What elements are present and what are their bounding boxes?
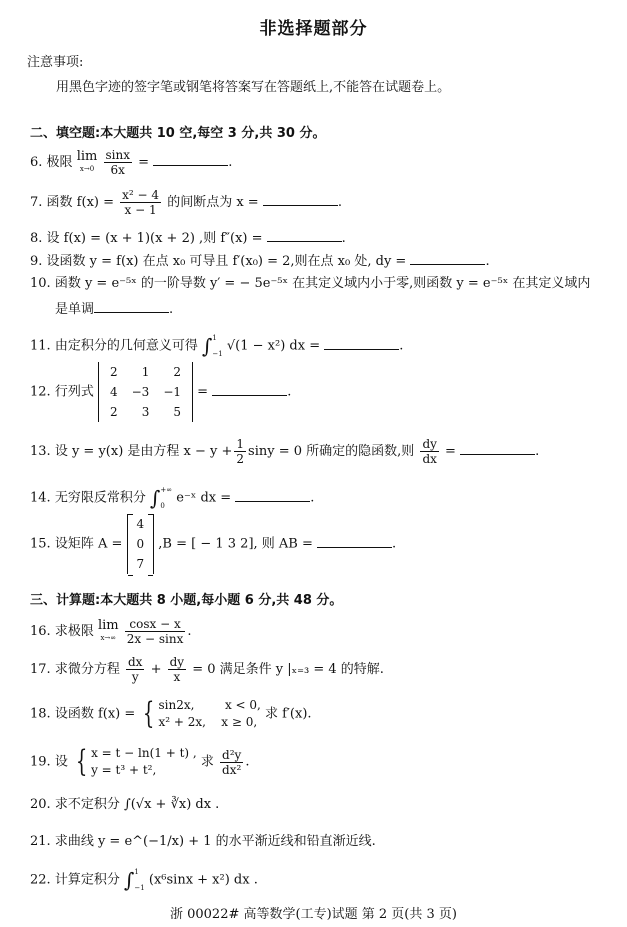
question-22: 22. 计算定积分 ∫1−1 (x⁶sinx + x²) dx . xyxy=(30,864,258,896)
question-text: 设函数 y = f(x) 在点 x₀ 可导且 f′(x₀) = 2,则在点 x₀… xyxy=(47,254,407,269)
case-1: sin2x, x < 0, xyxy=(159,697,261,714)
question-10: 10. 函数 y = e⁻⁵ˣ 的一阶导数 y′ = − 5e⁻⁵ˣ 在其定义域… xyxy=(30,276,590,292)
question-number: 20. xyxy=(30,797,51,812)
answer-blank xyxy=(235,489,310,502)
question-text: 求 f′(x). xyxy=(265,707,312,722)
question-text: 求 xyxy=(201,755,214,770)
denominator: 6x xyxy=(104,163,133,177)
question-number: 6. xyxy=(30,155,42,170)
question-text: 设 y = y(x) 是由方程 x − y + xyxy=(55,444,233,459)
determinant: 212 4−3−1 235 xyxy=(98,362,193,422)
integral-sign: ∫ xyxy=(150,486,160,510)
question-text: siny = 0 所确定的隐函数,则 xyxy=(248,444,414,459)
limit: limx→∞ xyxy=(98,620,119,644)
limit-sub: x→0 xyxy=(77,163,98,175)
question-text: 设 xyxy=(55,755,68,770)
lower-limit: −1 xyxy=(134,880,144,896)
question-text: 行列式 xyxy=(55,385,94,400)
det-cell: 1 xyxy=(125,362,157,382)
page-title: 非选择题部分 xyxy=(0,14,627,39)
det-cell: 3 xyxy=(125,402,157,422)
question-number: 7. xyxy=(30,195,42,210)
fraction: cosx − x2x − sinx xyxy=(125,617,186,646)
question-18: 18. 设函数 f(x) = {sin2x, x < 0,x² + 2x, x … xyxy=(30,697,312,731)
question-text: 是单调 xyxy=(55,302,94,317)
notice-heading: 注意事项: xyxy=(27,55,83,71)
parametric-cases: x = t − ln(1 + t) ,y = t³ + t², xyxy=(91,745,197,779)
left-brace: { xyxy=(76,747,87,777)
case-2: y = t³ + t², xyxy=(91,762,197,779)
question-text: 的间断点为 x = xyxy=(167,195,259,210)
numerator: dy xyxy=(168,655,186,670)
matrix-cell: 4 xyxy=(130,514,152,534)
answer-blank xyxy=(94,300,169,313)
question-text: ,B = [ − 1 3 2], 则 AB = xyxy=(158,537,313,552)
numerator: d²y xyxy=(220,748,243,763)
numerator: x² − 4 xyxy=(120,188,161,203)
question-text: . xyxy=(187,624,191,639)
denominator: dx² xyxy=(220,763,243,777)
question-number: 12. xyxy=(30,385,51,400)
numerator: sinx xyxy=(104,148,133,163)
lower-limit: −1 xyxy=(212,346,222,362)
question-text: 设矩阵 A = xyxy=(55,537,123,552)
answer-blank xyxy=(212,383,287,396)
upper-limit: +∞ xyxy=(160,482,172,498)
question-number: 13. xyxy=(30,444,51,459)
section3-heading: 三、计算题:本大题共 8 小题,每小题 6 分,共 48 分。 xyxy=(30,589,342,608)
question-text: 设函数 f(x) = xyxy=(55,707,135,722)
page-footer: 浙 00022# 高等数学(工专)试题 第 2 页(共 3 页) xyxy=(0,903,627,922)
question-text: 求不定积分 ∫(√x + ∛x) dx . xyxy=(55,797,220,812)
answer-blank xyxy=(267,229,342,242)
numerator: cosx − x xyxy=(125,617,186,632)
question-11: 11. 由定积分的几何意义可得 ∫1−1 √(1 − x²) dx = . xyxy=(30,330,403,362)
det-cell: 2 xyxy=(103,362,125,382)
piecewise-cases: sin2x, x < 0,x² + 2x, x ≥ 0, xyxy=(159,697,261,731)
question-7: 7. 函数 f(x) = x² − 4x − 1 的间断点为 x = . xyxy=(30,188,342,217)
question-number: 18. xyxy=(30,707,51,722)
question-16: 16. 求极限 limx→∞ cosx − x2x − sinx. xyxy=(30,617,192,646)
limit-sub: x→∞ xyxy=(98,632,119,644)
case-1: x = t − ln(1 + t) , xyxy=(91,745,197,762)
numerator: dx xyxy=(126,655,144,670)
question-text: = 0 满足条件 y |ₓ₌₃ = 4 的特解. xyxy=(192,662,384,677)
case-2: x² + 2x, x ≥ 0, xyxy=(159,714,261,731)
fraction: dyx xyxy=(168,655,186,684)
question-number: 11. xyxy=(30,339,51,354)
denominator: y xyxy=(126,670,144,684)
integral-sign: ∫ xyxy=(202,334,212,358)
question-20: 20. 求不定积分 ∫(√x + ∛x) dx . xyxy=(30,797,219,813)
det-cell: 5 xyxy=(156,402,188,422)
question-number: 10. xyxy=(30,276,51,291)
det-cell: −1 xyxy=(156,382,188,402)
integral-limits: 1−1 xyxy=(134,864,144,896)
question-text: 函数 f(x) = xyxy=(47,195,114,210)
question-number: 21. xyxy=(30,834,51,849)
question-text: = xyxy=(138,155,149,170)
integrand: e⁻ˣ dx = xyxy=(176,491,231,506)
limit: limx→0 xyxy=(77,151,98,175)
matrix-a: 4 0 7 xyxy=(127,514,155,574)
question-12: 12. 行列式 212 4−3−1 235 = . xyxy=(30,362,291,422)
answer-blank xyxy=(153,153,228,166)
question-number: 22. xyxy=(30,873,51,888)
fraction: 12 xyxy=(234,437,246,466)
question-text: 计算定积分 xyxy=(55,873,120,888)
det-cell: 2 xyxy=(103,402,125,422)
denominator: 2x − sinx xyxy=(125,632,186,646)
question-13: 13. 设 y = y(x) 是由方程 x − y +12siny = 0 所确… xyxy=(30,437,539,466)
question-number: 19. xyxy=(30,755,51,770)
fraction: dxy xyxy=(126,655,144,684)
upper-limit: 1 xyxy=(134,864,144,880)
answer-blank xyxy=(317,535,392,548)
question-text: . xyxy=(245,755,249,770)
integrand: (x⁶sinx + x²) dx . xyxy=(149,873,258,888)
question-19: 19. 设 {x = t − ln(1 + t) ,y = t³ + t², 求… xyxy=(30,745,249,779)
operator: + xyxy=(151,662,162,677)
question-text: 求极限 xyxy=(55,624,94,639)
question-21: 21. 求曲线 y = e^(−1/x) + 1 的水平渐近线和铅直渐近线. xyxy=(30,834,376,850)
question-6: 6. 极限 limx→0 sinx6x = . xyxy=(30,148,232,177)
question-text: 求曲线 y = e^(−1/x) + 1 的水平渐近线和铅直渐近线. xyxy=(55,834,376,849)
question-10-line2: 是单调. xyxy=(55,300,173,318)
integrand: √(1 − x²) dx = xyxy=(227,339,320,354)
denominator: x xyxy=(168,670,186,684)
question-15: 15. 设矩阵 A = 4 0 7 ,B = [ − 1 3 2], 则 AB … xyxy=(30,514,396,574)
fraction: d²ydx² xyxy=(220,748,243,777)
denominator: 2 xyxy=(234,452,246,466)
question-17: 17. 求微分方程 dxy + dyx = 0 满足条件 y |ₓ₌₃ = 4 … xyxy=(30,655,384,684)
question-number: 14. xyxy=(30,491,51,506)
matrix-cell: 7 xyxy=(130,554,152,574)
question-text: 设 f(x) = (x + 1)(x + 2) ,则 f″(x) = xyxy=(47,231,263,246)
question-number: 16. xyxy=(30,624,51,639)
upper-limit: 1 xyxy=(212,330,222,346)
lower-limit: 0 xyxy=(160,498,172,514)
left-brace: { xyxy=(143,699,154,729)
question-text: 无穷限反常积分 xyxy=(55,491,146,506)
det-cell: 4 xyxy=(103,382,125,402)
matrix-cell: 0 xyxy=(130,534,152,554)
question-9: 9. 设函数 y = f(x) 在点 x₀ 可导且 f′(x₀) = 2,则在点… xyxy=(30,252,490,270)
question-text: = xyxy=(445,444,456,459)
question-text: = xyxy=(197,385,208,400)
question-text: 函数 y = e⁻⁵ˣ 的一阶导数 y′ = − 5e⁻⁵ˣ 在其定义域内小于零… xyxy=(55,276,591,291)
answer-blank xyxy=(460,442,535,455)
question-number: 8. xyxy=(30,231,42,246)
question-text: 极限 xyxy=(47,155,73,170)
question-number: 15. xyxy=(30,537,51,552)
det-cell: −3 xyxy=(125,382,157,402)
notice-text: 用黑色字迹的签字笔或钢笔将答案写在答题纸上,不能答在试题卷上。 xyxy=(56,80,450,96)
question-8: 8. 设 f(x) = (x + 1)(x + 2) ,则 f″(x) = . xyxy=(30,229,346,247)
question-text: 由定积分的几何意义可得 xyxy=(55,339,198,354)
answer-blank xyxy=(410,252,485,265)
fraction: x² − 4x − 1 xyxy=(120,188,161,217)
integral-limits: 1−1 xyxy=(212,330,222,362)
fraction: dydx xyxy=(420,437,438,466)
numerator: dy xyxy=(420,437,438,452)
integral-sign: ∫ xyxy=(124,868,134,892)
question-text: 求微分方程 xyxy=(55,662,120,677)
answer-blank xyxy=(263,193,338,206)
section2-heading: 二、填空题:本大题共 10 空,每空 3 分,共 30 分。 xyxy=(30,122,325,141)
answer-blank xyxy=(324,337,399,350)
integral-limits: +∞0 xyxy=(160,482,172,514)
question-14: 14. 无穷限反常积分 ∫+∞0 e⁻ˣ dx = . xyxy=(30,482,314,514)
fraction: sinx6x xyxy=(104,148,133,177)
question-number: 9. xyxy=(30,254,42,269)
det-cell: 2 xyxy=(156,362,188,382)
denominator: x − 1 xyxy=(120,203,161,217)
numerator: 1 xyxy=(234,437,246,452)
question-number: 17. xyxy=(30,662,51,677)
denominator: dx xyxy=(420,452,438,466)
